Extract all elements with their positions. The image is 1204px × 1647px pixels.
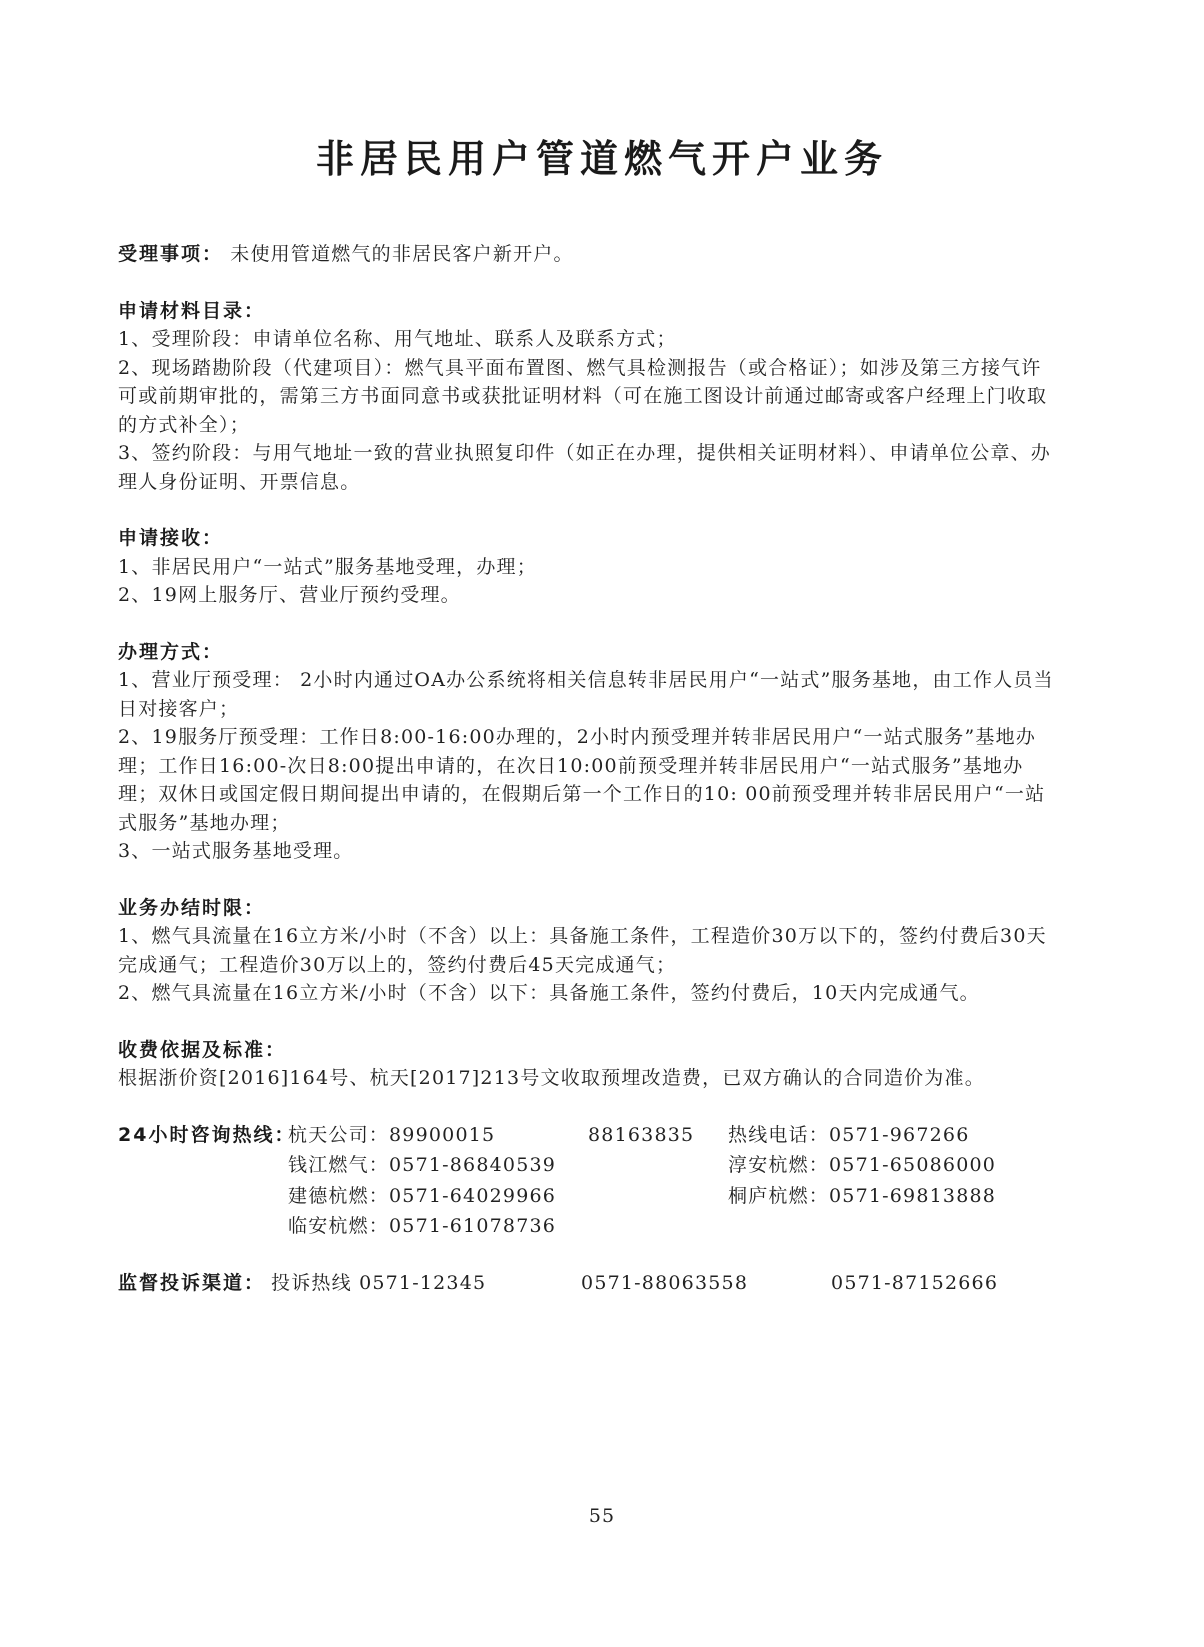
document-body: 受理事项： 未使用管道燃气的非居民客户新开户。 申请材料目录： 1、受理阶段：申… <box>118 240 1058 1325</box>
page-title: 非居民用户管道燃气开户业务 <box>0 128 1204 183</box>
fees-heading: 收费依据及标准 <box>118 1039 265 1061</box>
deadline-item: 1、燃气具流量在16立方米/小时（不含）以上：具备施工条件，工程造价30万以下的… <box>118 922 1058 979</box>
hotline-entry: 建德杭燃：0571-64029966 <box>288 1182 588 1211</box>
hotline-entry: 杭天公司：89900015 <box>288 1121 588 1150</box>
hotline-entry: 桐庐杭燃：0571-69813888 <box>728 1182 1028 1211</box>
hotline-entry <box>588 1182 728 1211</box>
materials-item: 3、签约阶段：与用气地址一致的营业执照复印件（如正在办理，提供相关证明材料）、申… <box>118 439 1058 496</box>
acceptance-text: 未使用管道燃气的非居民客户新开户。 <box>230 243 573 265</box>
process-item: 1、营业厅预受理： 2小时内通过OA办公系统将相关信息转非居民用户“一站式”服务… <box>118 666 1058 723</box>
complaint-label: 监督投诉渠道 <box>118 1269 244 1298</box>
acceptance-label: 受理事项 <box>118 243 202 265</box>
hotline-entry: 88163835 <box>588 1121 728 1150</box>
colon: ： <box>244 897 265 919</box>
colon: ： <box>244 300 265 322</box>
section-hotline: 24小时咨询热线： 杭天公司：89900015 88163835 热线电话：05… <box>118 1121 1058 1241</box>
colon: ： <box>202 243 223 265</box>
hotline-entry: 临安杭燃：0571-61078736 <box>288 1212 588 1241</box>
hotline-entry: 淳安杭燃：0571-65086000 <box>728 1151 1028 1180</box>
complaint-channel: 0571-87152666 <box>831 1269 998 1298</box>
materials-heading: 申请材料目录 <box>118 300 244 322</box>
section-process: 办理方式： 1、营业厅预受理： 2小时内通过OA办公系统将相关信息转非居民用户“… <box>118 638 1058 866</box>
materials-item: 1、受理阶段：申请单位名称、用气地址、联系人及联系方式； <box>118 325 1058 354</box>
section-receipt: 申请接收： 1、非居民用户“一站式”服务基地受理，办理； 2、19网上服务厅、营… <box>118 524 1058 610</box>
spacer <box>118 1182 288 1211</box>
colon: ： <box>202 527 223 549</box>
colon: ： <box>265 1039 286 1061</box>
receipt-item: 1、非居民用户“一站式”服务基地受理，办理； <box>118 553 1058 582</box>
colon: ： <box>244 1269 265 1298</box>
spacer <box>118 1212 288 1241</box>
materials-item: 2、现场踏勘阶段（代建项目）：燃气具平面布置图、燃气具检测报告（或合格证）；如涉… <box>118 354 1058 440</box>
section-fees: 收费依据及标准： 根据浙价资[2016]164号、杭天[2017]213号文收取… <box>118 1036 1058 1093</box>
complaint-channel: 0571-88063558 <box>581 1269 831 1298</box>
section-deadline: 业务办结时限： 1、燃气具流量在16立方米/小时（不含）以上：具备施工条件，工程… <box>118 894 1058 1008</box>
process-item: 3、一站式服务基地受理。 <box>118 837 1058 866</box>
hotline-label: 24小时咨询热线 <box>118 1124 274 1146</box>
page-number: 55 <box>0 1505 1204 1527</box>
hotline-entry <box>588 1151 728 1180</box>
deadline-heading: 业务办结时限 <box>118 897 244 919</box>
process-item: 2、19服务厅预受理：工作日8:00-16:00办理的，2小时内预受理并转非居民… <box>118 723 1058 837</box>
receipt-heading: 申请接收 <box>118 527 202 549</box>
colon: ： <box>202 641 223 663</box>
spacer <box>118 1151 288 1180</box>
hotline-entry <box>588 1212 728 1241</box>
fees-text: 根据浙价资[2016]164号、杭天[2017]213号文收取预埋改造费，已双方… <box>118 1064 1058 1093</box>
deadline-item: 2、燃气具流量在16立方米/小时（不含）以下：具备施工条件，签约付费后，10天内… <box>118 979 1058 1008</box>
section-complaint: 监督投诉渠道： 投诉热线 0571-12345 0571-88063558 05… <box>118 1269 1058 1298</box>
complaint-channel: 投诉热线 0571-12345 <box>271 1269 581 1298</box>
hotline-entry: 钱江燃气：0571-86840539 <box>288 1151 588 1180</box>
section-materials: 申请材料目录： 1、受理阶段：申请单位名称、用气地址、联系人及联系方式； 2、现… <box>118 297 1058 497</box>
process-heading: 办理方式 <box>118 641 202 663</box>
section-acceptance: 受理事项： 未使用管道燃气的非居民客户新开户。 <box>118 240 1058 269</box>
receipt-item: 2、19网上服务厅、营业厅预约受理。 <box>118 581 1058 610</box>
hotline-entry: 热线电话：0571-967266 <box>728 1121 1028 1150</box>
hotline-entry <box>728 1212 1028 1241</box>
